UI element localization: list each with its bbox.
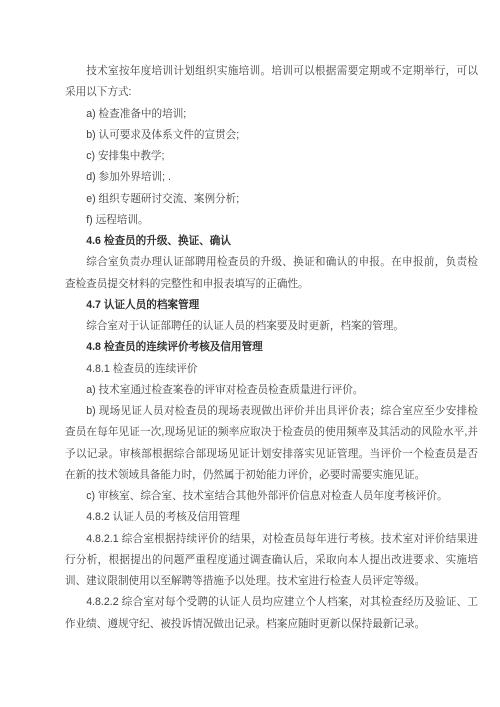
- paragraph-4-6-body: 综合室负责办理认证部聘用检查员的升级、换证和确认的申报。在申报前，负责检查检查员…: [65, 252, 478, 295]
- paragraph-4-8-2-1-annual-assessment: 4.8.2.1 综合室根据持续评价的结果，对检查员每年进行考核。技术室对评价结果…: [65, 529, 478, 593]
- heading-4-8-continuous-evaluation: 4.8 检查员的连续评价考核及信用管理: [65, 337, 478, 358]
- list-item-c-centralized-teaching: c) 安排集中教学;: [65, 146, 478, 167]
- list-item-b-onsite-witness-evaluation: b) 现场见证人员对检查员的现场表现做出评价并出具评价表；综合室应至少安排检查员…: [65, 401, 478, 486]
- subheading-4-8-2-assessment-credit-management: 4.8.2 认证人员的考核及信用管理: [65, 507, 478, 528]
- paragraph-training-implementation: 技术室按年度培训计划组织实施培训。培训可以根据需要定期或不定期举行，可以采用以下…: [65, 61, 478, 104]
- subheading-4-8-1-continuous-evaluation: 4.8.1 检查员的连续评价: [65, 359, 478, 380]
- list-item-c-annual-assessment: c) 审核室、综合室、技术室结合其他外部评价信息对检查人员年度考核评价。: [65, 486, 478, 507]
- list-item-a-case-file-review: a) 技术室通过检查案卷的评审对检查员检查质量进行评价。: [65, 380, 478, 401]
- list-item-d-external-training: d) 参加外界培训; .: [65, 167, 478, 188]
- list-item-a-training-preparation: a) 检查准备中的培训;: [65, 104, 478, 125]
- list-item-f-remote-training: f) 远程培训。: [65, 210, 478, 231]
- document-page: 技术室按年度培训计划组织实施培训。培训可以根据需要定期或不定期举行，可以采用以下…: [0, 0, 500, 707]
- document-body: 技术室按年度培训计划组织实施培训。培训可以根据需要定期或不定期举行，可以采用以下…: [65, 61, 478, 635]
- list-item-b-accreditation-requirements: b) 认可要求及体系文件的宣贯会;: [65, 125, 478, 146]
- heading-4-6-inspector-upgrade: 4.6 检查员的升级、换证、确认: [65, 231, 478, 252]
- paragraph-4-8-2-2-personal-file: 4.8.2.2 综合室对每个受聘的认证人员均应建立个人档案，对其检查经历及验证、…: [65, 592, 478, 635]
- heading-4-7-personnel-file-management: 4.7 认证人员的档案管理: [65, 295, 478, 316]
- paragraph-4-7-body: 综合室对于认证部聘任的认证人员的档案要及时更新，档案的管理。: [65, 316, 478, 337]
- list-item-e-seminar-case-analysis: e) 组织专题研讨交流、案例分析;: [65, 189, 478, 210]
